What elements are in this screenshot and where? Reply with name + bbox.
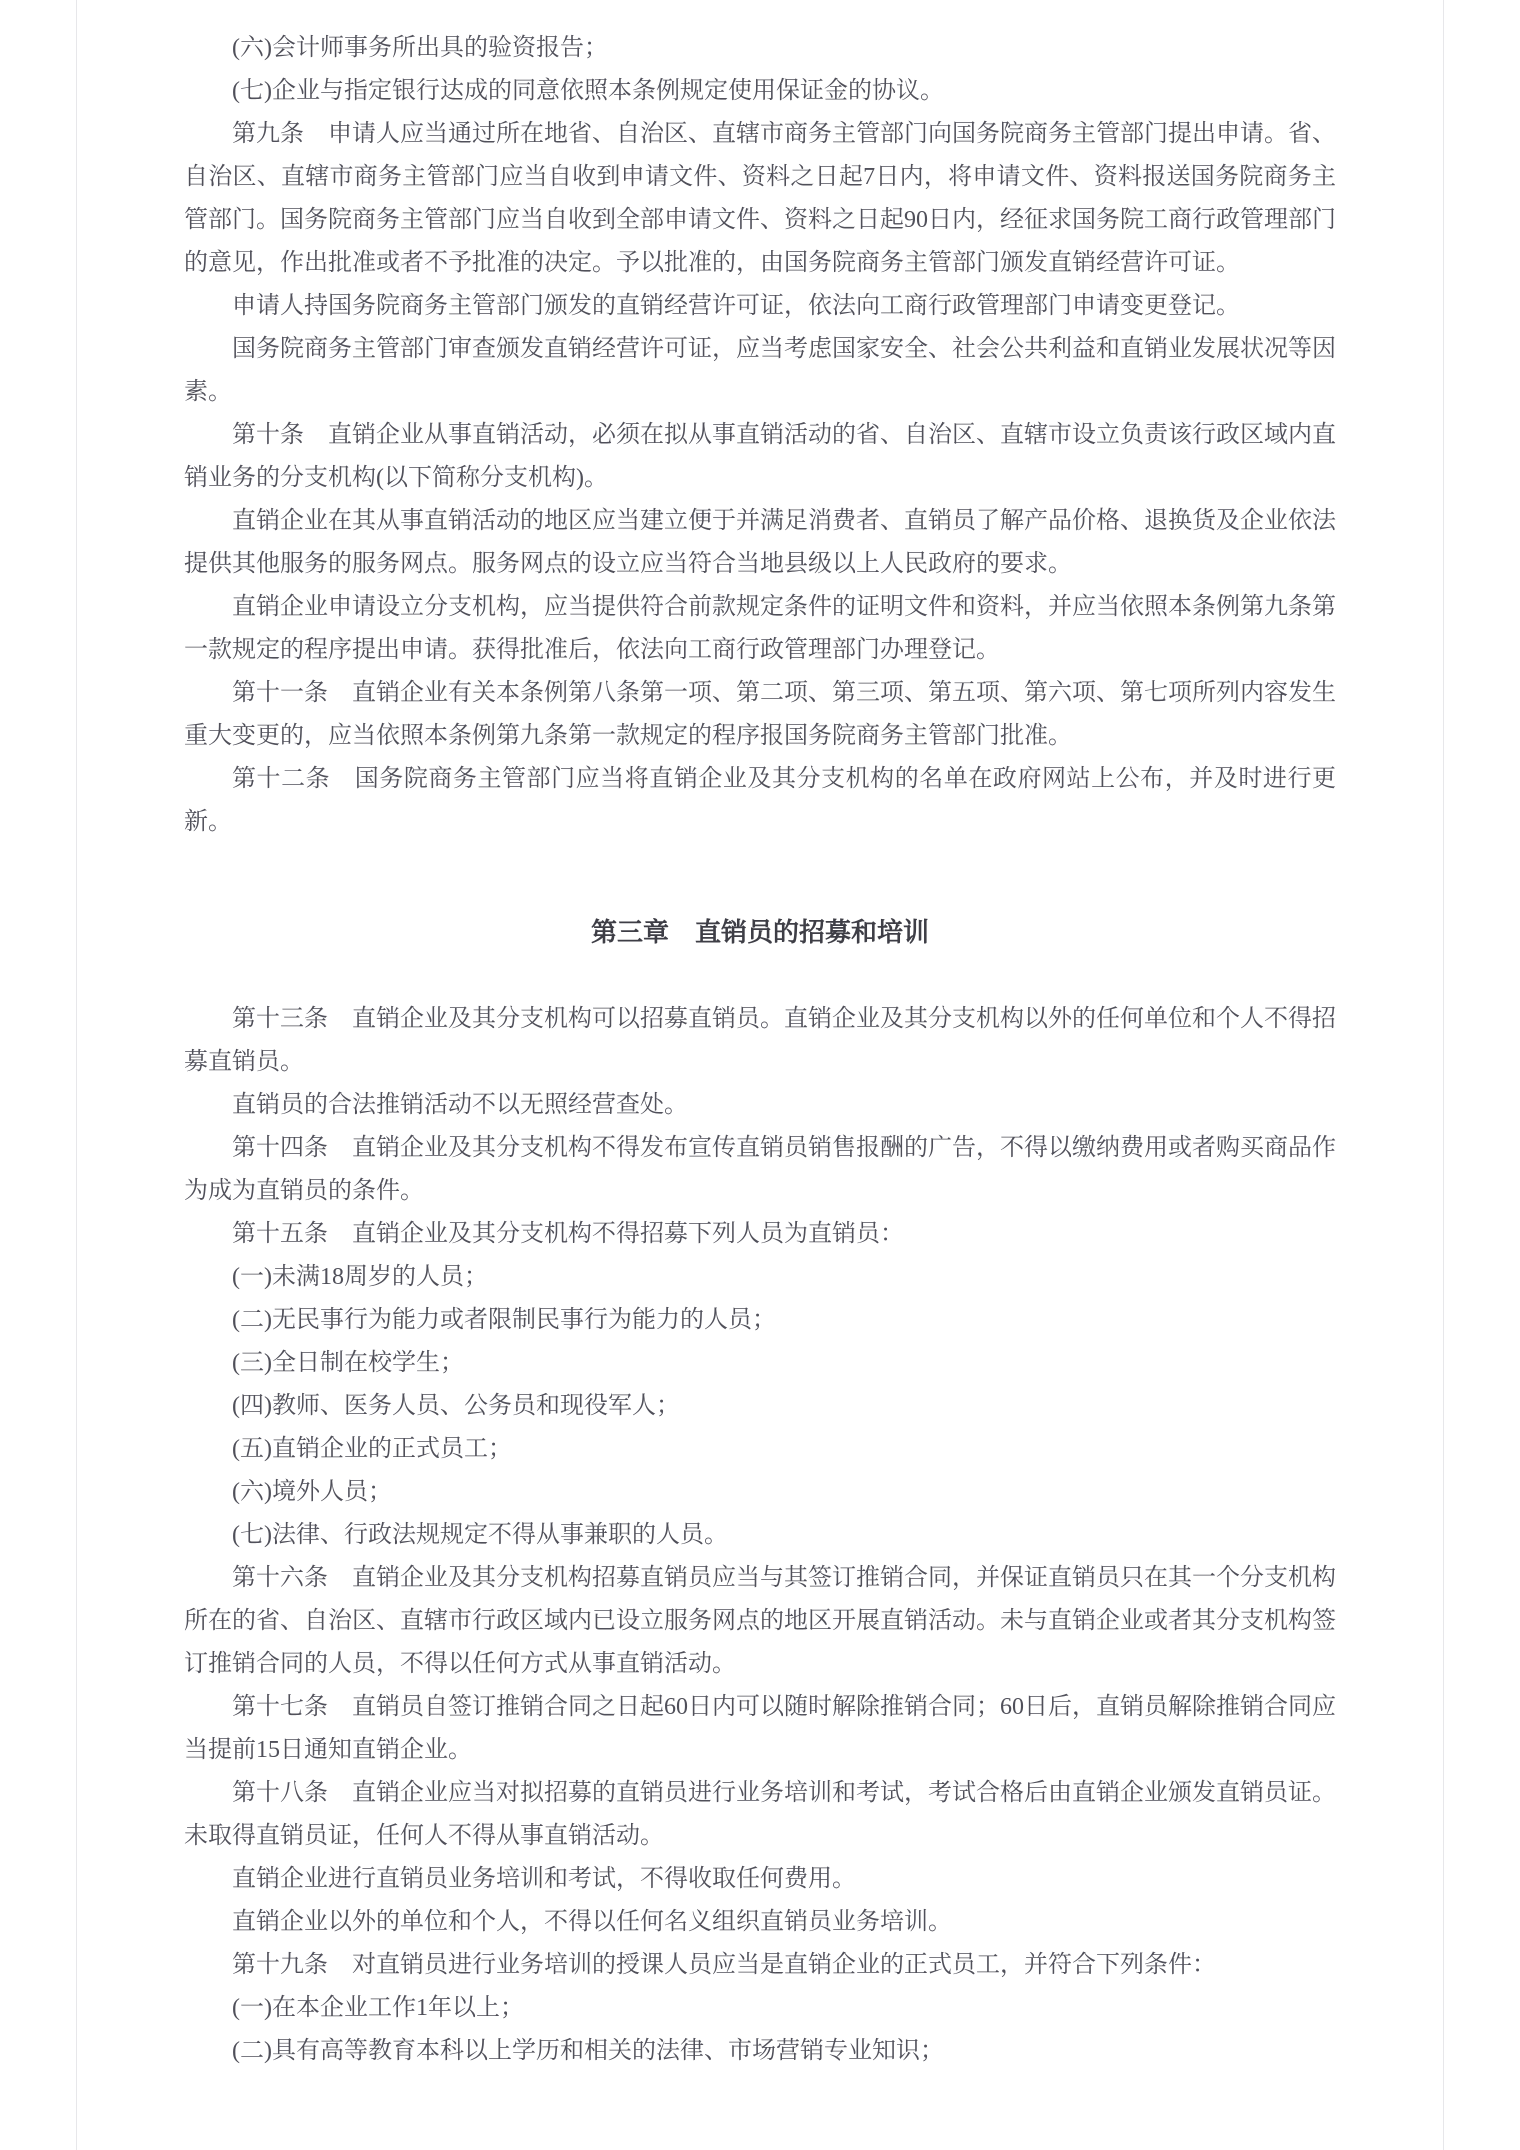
paragraph: (一)在本企业工作1年以上； [184,1987,1336,2030]
chapter-heading: 第三章 直销员的招募和培训 [184,910,1336,954]
paragraph: 第十二条 国务院商务主管部门应当将直销企业及其分支机构的名单在政府网站上公布，并… [184,758,1336,844]
paragraph: 国务院商务主管部门审查颁发直销经营许可证，应当考虑国家安全、社会公共利益和直销业… [184,328,1336,414]
paragraph: (一)未满18周岁的人员； [184,1256,1336,1299]
paragraph: (二)具有高等教育本科以上学历和相关的法律、市场营销专业知识； [184,2030,1336,2073]
paragraph: 直销企业以外的单位和个人，不得以任何名义组织直销员业务培训。 [184,1901,1336,1944]
regulation-text-body: (六)会计师事务所出具的验资报告；(七)企业与指定银行达成的同意依照本条例规定使… [184,27,1336,2073]
paragraph: 第十七条 直销员自签订推销合同之日起60日内可以随时解除推销合同；60日后，直销… [184,1686,1336,1772]
paragraph: 直销企业进行直销员业务培训和考试，不得收取任何费用。 [184,1858,1336,1901]
paragraph: 第十八条 直销企业应当对拟招募的直销员进行业务培训和考试，考试合格后由直销企业颁… [184,1772,1336,1858]
paragraph: (七)法律、行政法规规定不得从事兼职的人员。 [184,1514,1336,1557]
paragraph: (二)无民事行为能力或者限制民事行为能力的人员； [184,1299,1336,1342]
paragraph: (五)直销企业的正式员工； [184,1428,1336,1471]
paragraph: 第十六条 直销企业及其分支机构招募直销员应当与其签订推销合同，并保证直销员只在其… [184,1557,1336,1686]
document-page: (六)会计师事务所出具的验资报告；(七)企业与指定银行达成的同意依照本条例规定使… [76,0,1444,2150]
paragraph: 第十四条 直销企业及其分支机构不得发布宣传直销员销售报酬的广告，不得以缴纳费用或… [184,1127,1336,1213]
paragraph: 第十一条 直销企业有关本条例第八条第一项、第二项、第三项、第五项、第六项、第七项… [184,672,1336,758]
paragraph: (三)全日制在校学生； [184,1342,1336,1385]
paragraph: 直销员的合法推销活动不以无照经营查处。 [184,1084,1336,1127]
paragraph: (六)会计师事务所出具的验资报告； [184,27,1336,70]
paragraph: (六)境外人员； [184,1471,1336,1514]
paragraph: 直销企业在其从事直销活动的地区应当建立便于并满足消费者、直销员了解产品价格、退换… [184,500,1336,586]
paragraph: 第九条 申请人应当通过所在地省、自治区、直辖市商务主管部门向国务院商务主管部门提… [184,113,1336,285]
paragraph: (四)教师、医务人员、公务员和现役军人； [184,1385,1336,1428]
paragraph: 直销企业申请设立分支机构，应当提供符合前款规定条件的证明文件和资料，并应当依照本… [184,586,1336,672]
paragraph: (七)企业与指定银行达成的同意依照本条例规定使用保证金的协议。 [184,70,1336,113]
paragraph: 第十三条 直销企业及其分支机构可以招募直销员。直销企业及其分支机构以外的任何单位… [184,998,1336,1084]
paragraph: 第十九条 对直销员进行业务培训的授课人员应当是直销企业的正式员工，并符合下列条件… [184,1944,1336,1987]
paragraph: 第十五条 直销企业及其分支机构不得招募下列人员为直销员： [184,1213,1336,1256]
paragraph: 第十条 直销企业从事直销活动，必须在拟从事直销活动的省、自治区、直辖市设立负责该… [184,414,1336,500]
paragraph: 申请人持国务院商务主管部门颁发的直销经营许可证，依法向工商行政管理部门申请变更登… [184,285,1336,328]
